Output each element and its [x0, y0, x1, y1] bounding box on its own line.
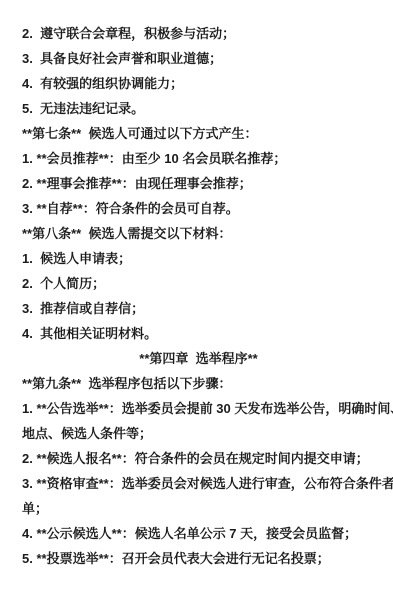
text-line-numbered-item: 2. 个人简历；	[22, 271, 375, 296]
text-line-numbered-item: 3. 推荐信或自荐信；	[22, 296, 375, 321]
text-line-numbered-item: 1. **公告选举**：选举委员会提前 30 天发布选举公告，明确时间、	[22, 396, 375, 421]
text-line-numbered-item: 3. 具备良好社会声誉和职业道德；	[22, 46, 375, 71]
text-line-numbered-item: 2. **候选人报名**：符合条件的会员在规定时间内提交申请；	[22, 446, 375, 471]
text-line-numbered-item: 5. 无违法违纪记录。	[22, 96, 375, 121]
text-line-numbered-item: 2. 遵守联合会章程，积极参与活动；	[22, 21, 375, 46]
text-line-article-8-header: **第八条** 候选人需提交以下材料：	[22, 221, 375, 246]
text-line-continuation: 地点、候选人条件等；	[22, 421, 375, 446]
text-line-article-9-header: **第九条** 选举程序包括以下步骤：	[22, 371, 375, 396]
text-line-numbered-item: 4. 其他相关证明材料。	[22, 321, 375, 346]
text-line-continuation: 单；	[22, 496, 375, 521]
text-line-numbered-item: 3. **资格审查**：选举委员会对候选人进行审查，公布符合条件者名	[22, 471, 375, 496]
text-line-numbered-item: 1. 候选人申请表；	[22, 246, 375, 271]
text-line-numbered-item: 4. **公示候选人**：候选人名单公示 7 天，接受会员监督；	[22, 521, 375, 546]
text-line-numbered-item: 5. **投票选举**：召开会员代表大会进行无记名投票；	[22, 546, 375, 571]
chapter-4-heading: **第四章 选举程序**	[22, 346, 375, 371]
document-page: 2. 遵守联合会章程，积极参与活动； 3. 具备良好社会声誉和职业道德； 4. …	[0, 0, 393, 611]
text-line-numbered-item: 3. **自荐**：符合条件的会员可自荐。	[22, 196, 375, 221]
text-line-numbered-item: 2. **理事会推荐**：由现任理事会推荐；	[22, 171, 375, 196]
text-line-numbered-item: 4. 有较强的组织协调能力；	[22, 71, 375, 96]
text-line-numbered-item: 1. **会员推荐**：由至少 10 名会员联名推荐；	[22, 146, 375, 171]
text-line-article-7-header: **第七条** 候选人可通过以下方式产生：	[22, 121, 375, 146]
